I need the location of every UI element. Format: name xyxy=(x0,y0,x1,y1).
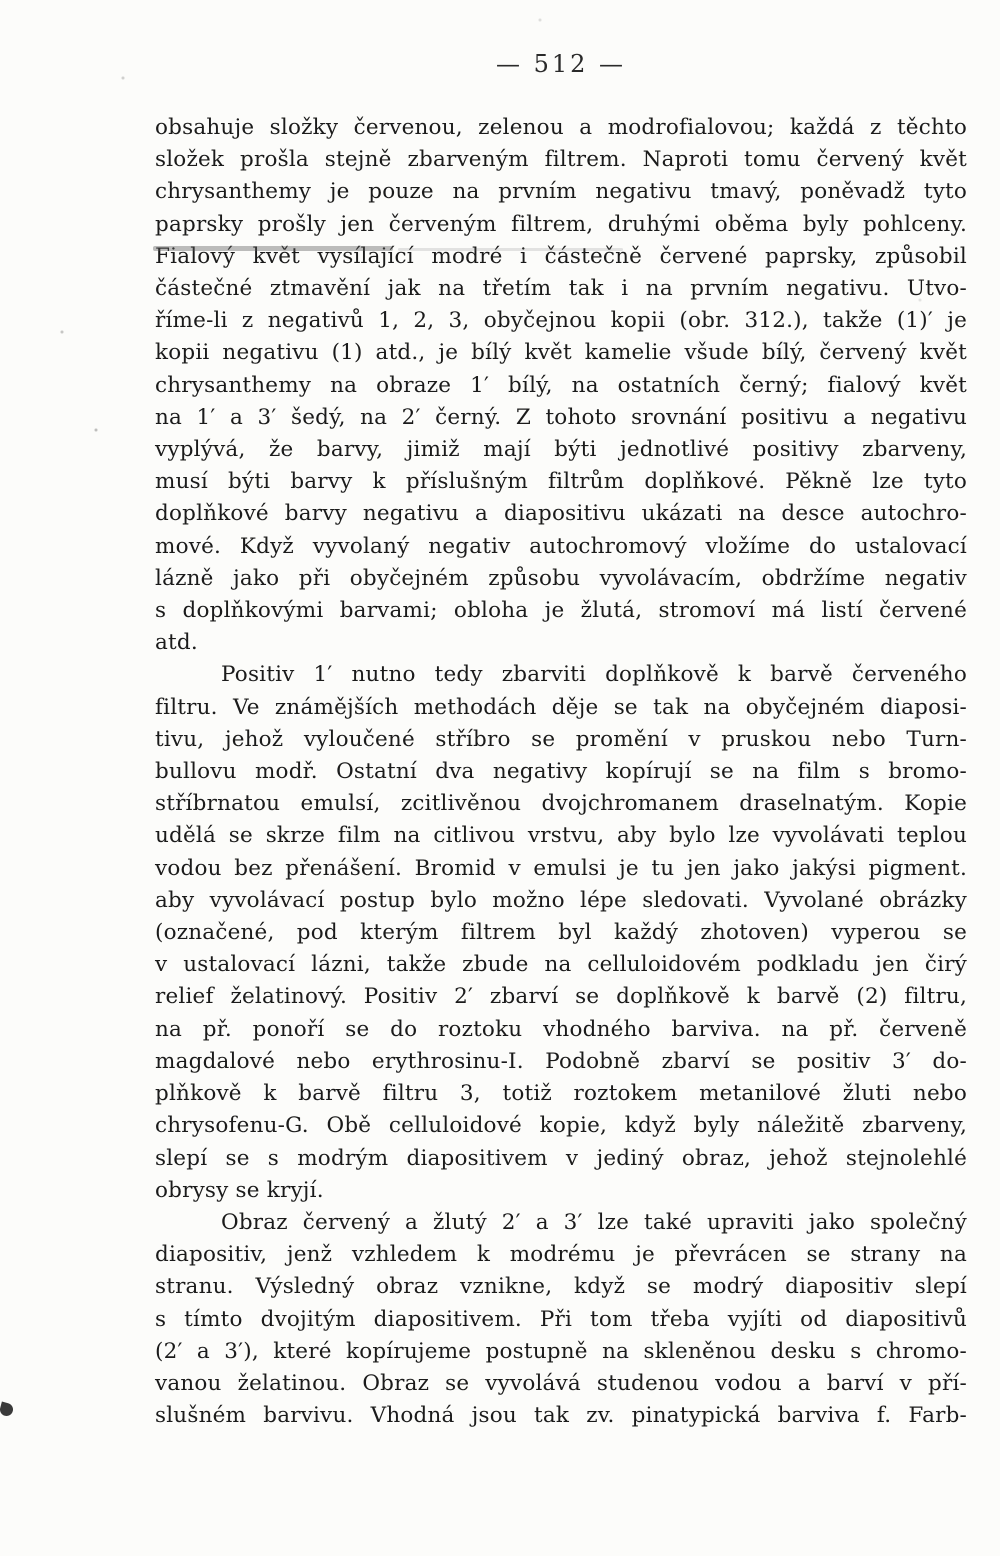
text-line: udělá se skrze film na citlivou vrstvu, … xyxy=(155,820,967,852)
text-line: stranu. Výsledný obraz vznikne, když se … xyxy=(155,1271,967,1303)
text-line: filtru. Ve známějších methodách děje se … xyxy=(155,692,967,724)
text-line: kopii negativu (1) atd., je bílý květ ka… xyxy=(155,337,967,369)
text-line: plňkově k barvě filtru 3, totiž roztokem… xyxy=(155,1078,967,1110)
text-line: Fialový květ vysílající modré i částečně… xyxy=(155,241,967,273)
text-line: chrysofenu-G. Obě celluloidové kopie, kd… xyxy=(155,1110,967,1142)
text-line: slušném barvivu. Vhodná jsou tak zv. pin… xyxy=(155,1400,967,1432)
text-line: s doplňkovými barvami; obloha je žlutá, … xyxy=(155,595,967,627)
text-line: vanou želatinou. Obraz se vyvolává stude… xyxy=(155,1368,967,1400)
text-line: mové. Když vyvolaný negativ autochromový… xyxy=(155,531,967,563)
text-line: na př. ponoří se do roztoku vhodného bar… xyxy=(155,1014,967,1046)
text-line: obsahuje složky červenou, zelenou a modr… xyxy=(155,112,967,144)
book-page: — 512 — obsahuje složky červenou, zeleno… xyxy=(0,0,1000,1556)
text-line: obrysy se kryjí. xyxy=(155,1175,967,1207)
text-line: s tímto dvojitým diapositivem. Při tom t… xyxy=(155,1304,967,1336)
text-line: částečné ztmavění jak na třetím tak i na… xyxy=(155,273,967,305)
text-line: magdalové nebo erythrosinu-I. Podobně zb… xyxy=(155,1046,967,1078)
text-line: bullovu modř. Ostatní dva negativy kopír… xyxy=(155,756,967,788)
text-line: chrysanthemy na obraze 1′ bílý, na ostat… xyxy=(155,370,967,402)
text-line: diapositiv, jenž vzhledem k modrému je p… xyxy=(155,1239,967,1271)
text-line: paprsky prošly jen červeným filtrem, dru… xyxy=(155,209,967,241)
text-line: na 1′ a 3′ šedý, na 2′ černý. Z tohoto s… xyxy=(155,402,967,434)
text-line: říme-li z negativů 1, 2, 3, obyčejnou ko… xyxy=(155,305,967,337)
text-line: doplňkové barvy negativu a diapositivu u… xyxy=(155,498,967,530)
text-line: aby vyvolávací postup bylo možno lépe sl… xyxy=(155,885,967,917)
text-line: vodou bez přenášení. Bromid v emulsi je … xyxy=(155,853,967,885)
text-line: stříbrnatou emulsí, zcitlivěnou dvojchro… xyxy=(155,788,967,820)
page-number: — 512 — xyxy=(155,50,967,78)
text-line: chrysanthemy je pouze na prvním negativu… xyxy=(155,176,967,208)
body-text: obsahuje složky červenou, zelenou a modr… xyxy=(155,112,967,1432)
text-line: atd. xyxy=(155,627,967,659)
text-line: relief želatinový. Positiv 2′ zbarví se … xyxy=(155,981,967,1013)
text-line: lázně jako při obyčejném způsobu vyvoláv… xyxy=(155,563,967,595)
text-line: Obraz červený a žlutý 2′ a 3′ lze také u… xyxy=(155,1207,967,1239)
text-line: (označené, pod kterým filtrem byl každý … xyxy=(155,917,967,949)
text-line: (2′ a 3′), které kopírujeme postupně na … xyxy=(155,1336,967,1368)
text-line: vyplývá, že barvy, jimiž mají býti jedno… xyxy=(155,434,967,466)
text-line: složek prošla stejně zbarveným filtrem. … xyxy=(155,144,967,176)
text-line: tivu, jehož vyloučené stříbro se promění… xyxy=(155,724,967,756)
text-line: v ustalovací lázni, takže zbude na cellu… xyxy=(155,949,967,981)
text-line: Positiv 1′ nutno tedy zbarviti doplňkově… xyxy=(155,659,967,691)
ink-blot-artifact xyxy=(0,1402,14,1418)
text-line: musí býti barvy k příslušným filtrům dop… xyxy=(155,466,967,498)
text-line: slepí se s modrým diapositivem v jediný … xyxy=(155,1143,967,1175)
